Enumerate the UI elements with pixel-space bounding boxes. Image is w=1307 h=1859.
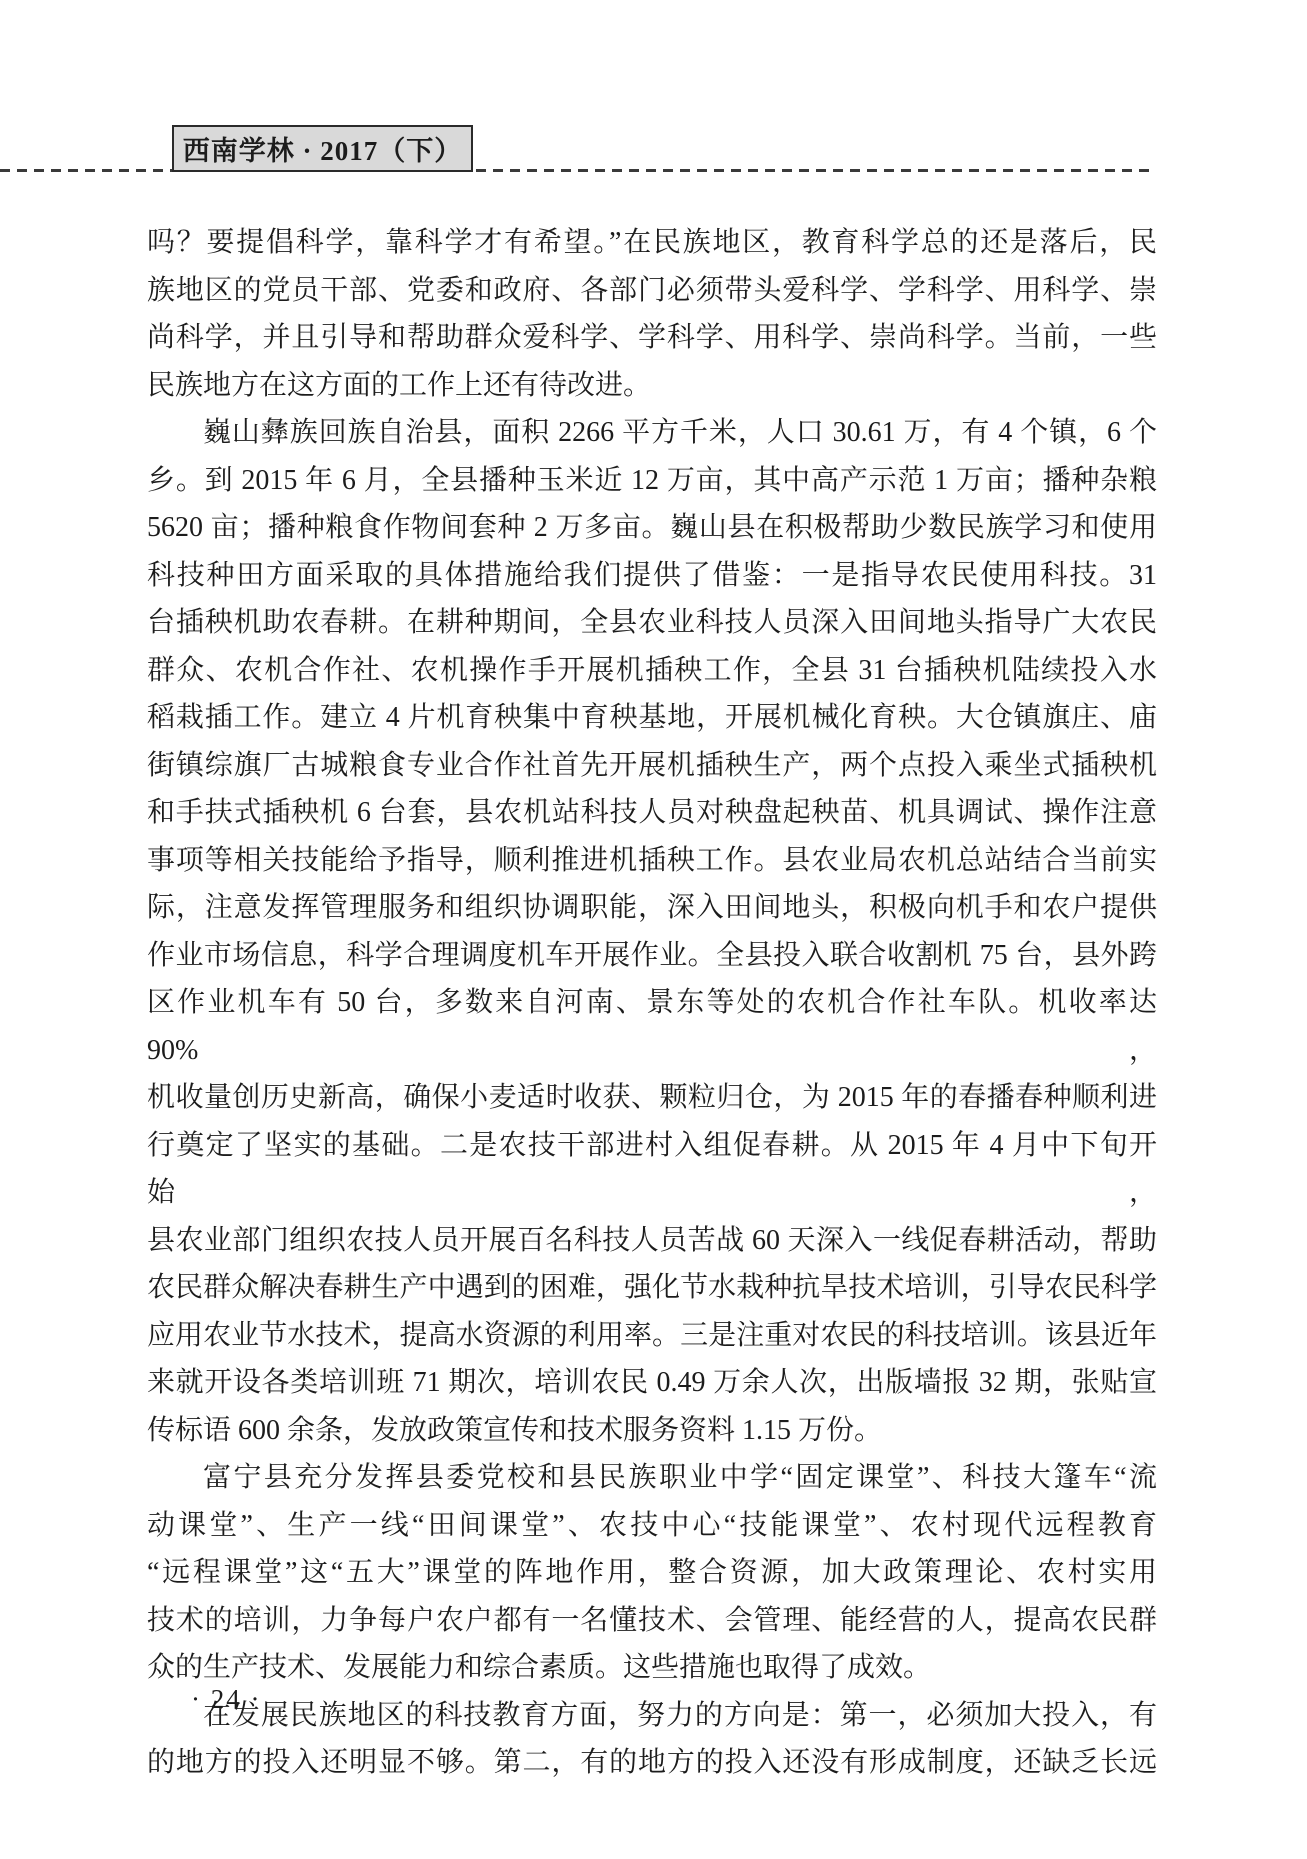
text-line-p3-l1: 富宁县充分发挥县委党校和县民族职业中学“固定课堂”、科技大篷车“流 xyxy=(147,1454,1157,1502)
text-line-p1-l1: 吗？要提倡科学，靠科学才有希望。”在民族地区，教育科学总的还是落后，民 xyxy=(147,219,1157,267)
text-line-p1-l2: 族地区的党员干部、党委和政府、各部门必须带头爱科学、学科学、用科学、崇 xyxy=(147,267,1157,315)
page-number: · 24 · xyxy=(191,1684,261,1715)
text-line-p4-l2: 的地方的投入还明显不够。第二，有的地方的投入还没有形成制度，还缺乏长远 xyxy=(147,1739,1157,1787)
text-line-p2-l16: 县农业部门组织农技人员开展百名科技人员苦战 60 天深入一线促春耕活动，帮助 xyxy=(147,1217,1157,1265)
journal-title: 西南学林 · 2017（下） xyxy=(183,129,463,168)
text-line-p2-l10: 事项等相关技能给予指导，顺利推进机插秧工作。县农业局农机总站结合当前实 xyxy=(147,837,1157,885)
running-head-box: 西南学林 · 2017（下） xyxy=(172,125,473,172)
text-line-p2-l5: 台插秧机助农春耕。在耕种期间，全县农业科技人员深入田间地头指导广大农民 xyxy=(147,599,1157,647)
text-line-p2-l7: 稻栽插工作。建立 4 片机育秧集中育秧基地，开展机械化育秧。大仓镇旗庄、庙 xyxy=(147,694,1157,742)
text-line-p2-l18: 应用农业节水技术，提高水资源的利用率。三是注重对农民的科技培训。该县近年 xyxy=(147,1312,1157,1360)
text-line-p3-l2: 动课堂”、生产一线“田间课堂”、农技中心“技能课堂”、农村现代远程教育 xyxy=(147,1502,1157,1550)
text-line-p3-l3: “远程课堂”这“五大”课堂的阵地作用，整合资源，加大政策理论、农村实用 xyxy=(147,1549,1157,1597)
text-line-p2-l15: 行奠定了坚实的基础。二是农技干部进村入组促春耕。从 2015 年 4 月中下旬开… xyxy=(147,1122,1157,1217)
text-line-p4-l1: 在发展民族地区的科技教育方面，努力的方向是：第一，必须加大投入，有 xyxy=(147,1692,1157,1740)
text-line-p3-l5: 众的生产技术、发展能力和综合素质。这些措施也取得了成效。 xyxy=(147,1644,1157,1692)
text-line-p2-l2: 乡。到 2015 年 6 月，全县播种玉米近 12 万亩，其中高产示范 1 万亩… xyxy=(147,457,1157,505)
text-line-p2-l9: 和手扶式插秧机 6 台套，县农机站科技人员对秧盘起秧苗、机具调试、操作注意 xyxy=(147,789,1157,837)
text-line-p2-l14: 机收量创历史新高，确保小麦适时收获、颗粒归仓，为 2015 年的春播春种顺利进 xyxy=(147,1074,1157,1122)
text-line-p2-l13: 区作业机车有 50 台，多数来自河南、景东等处的农机合作社车队。机收率达 90%… xyxy=(147,979,1157,1074)
text-line-p2-l6: 群众、农机合作社、农机操作手开展机插秧工作，全县 31 台插秧机陆续投入水 xyxy=(147,647,1157,695)
article-body: 吗？要提倡科学，靠科学才有希望。”在民族地区，教育科学总的还是落后，民族地区的党… xyxy=(147,219,1157,1787)
text-line-p1-l4: 民族地方在这方面的工作上还有待改进。 xyxy=(147,362,1157,410)
text-line-p2-l3: 5620 亩；播种粮食作物间套种 2 万多亩。巍山县在积极帮助少数民族学习和使用 xyxy=(147,504,1157,552)
text-line-p2-l17: 农民群众解决春耕生产中遇到的困难，强化节水栽种抗旱技术培训，引导农民科学 xyxy=(147,1264,1157,1312)
text-line-p2-l8: 街镇综旗厂古城粮食专业合作社首先开展机插秧生产，两个点投入乘坐式插秧机 xyxy=(147,742,1157,790)
text-line-p2-l11: 际，注意发挥管理服务和组织协调职能，深入田间地头，积极向机手和农户提供 xyxy=(147,884,1157,932)
text-line-p2-l20: 传标语 600 余条，发放政策宣传和技术服务资料 1.15 万份。 xyxy=(147,1407,1157,1455)
text-line-p2-l19: 来就开设各类培训班 71 期次，培训农民 0.49 万余人次，出版墙报 32 期… xyxy=(147,1359,1157,1407)
text-line-p1-l3: 尚科学，并且引导和帮助群众爱科学、学科学、用科学、崇尚科学。当前，一些 xyxy=(147,314,1157,362)
document-page: 西南学林 · 2017（下） 吗？要提倡科学，靠科学才有希望。”在民族地区，教育… xyxy=(0,0,1307,1859)
text-line-p2-l1: 巍山彝族回族自治县，面积 2266 平方千米，人口 30.61 万，有 4 个镇… xyxy=(147,409,1157,457)
text-line-p3-l4: 技术的培训，力争每户农户都有一名懂技术、会管理、能经营的人，提高农民群 xyxy=(147,1597,1157,1645)
text-line-p2-l4: 科技种田方面采取的具体措施给我们提供了借鉴：一是指导农民使用科技。31 xyxy=(147,552,1157,600)
text-line-p2-l12: 作业市场信息，科学合理调度机车开展作业。全县投入联合收割机 75 台，县外跨 xyxy=(147,932,1157,980)
